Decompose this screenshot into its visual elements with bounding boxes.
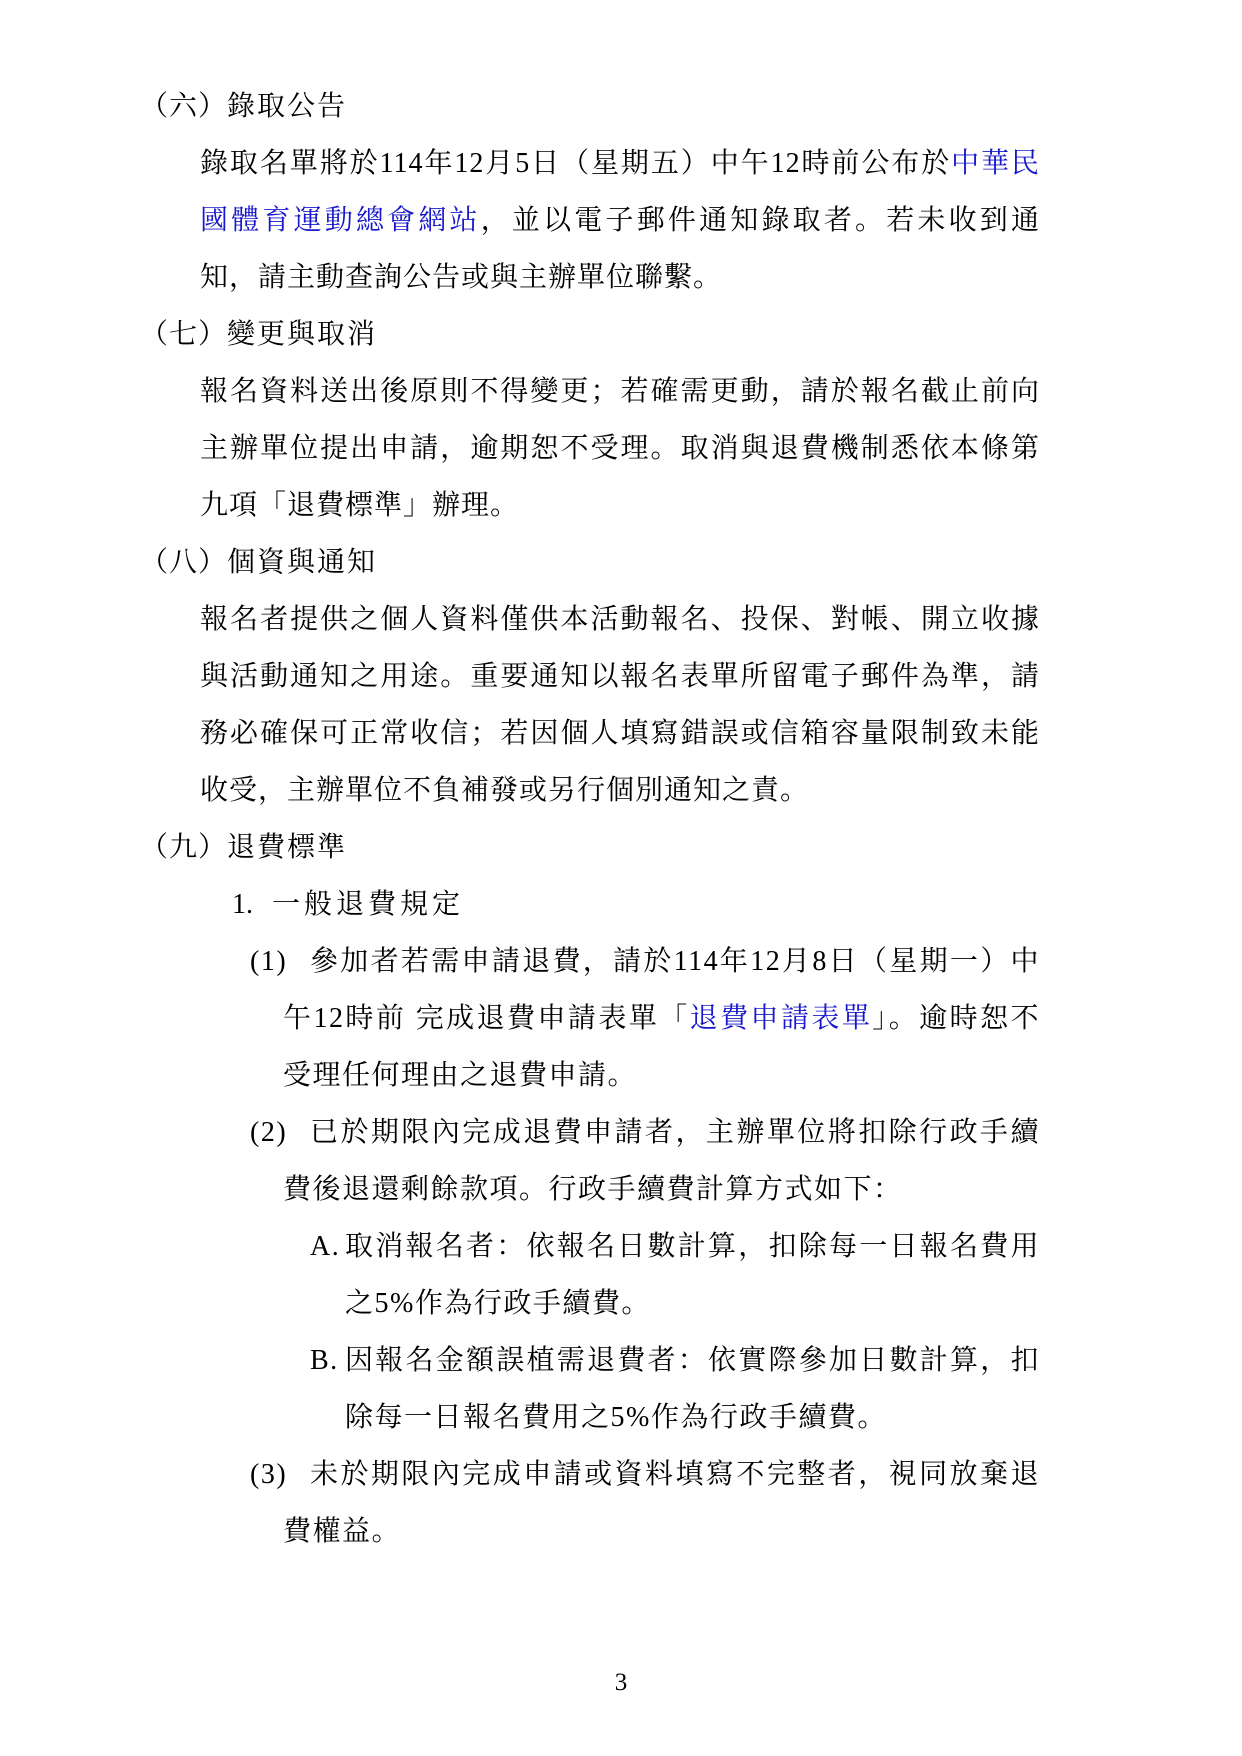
item-text: 因報名金額誤植需退費者：依實際參加日數計算，扣除每一日報名費用之5%作為行政手續… bbox=[345, 1345, 1040, 1433]
item-text: 已於期限內完成退費申請者，主辦單位將扣除行政手續費後退還剩餘款項。行政手續費計算… bbox=[283, 1117, 1040, 1205]
page-number: 3 bbox=[0, 1668, 1242, 1698]
section-label: （八） bbox=[140, 547, 227, 578]
item-marker: A. bbox=[310, 1218, 340, 1275]
section-label: （九） bbox=[140, 832, 227, 863]
section-title: 個資與通知 bbox=[227, 547, 377, 578]
item-text: 取消報名者：依報名日數計算，扣除每一日報名費用之5%作為行政手續費。 bbox=[345, 1231, 1040, 1319]
item-marker: (2) bbox=[250, 1104, 287, 1161]
refund-item-2b: B.因報名金額誤植需退費者：依實際參加日數計算，扣除每一日報名費用之5%作為行政… bbox=[345, 1332, 1040, 1446]
section-admission-announcement: （六）錄取公告 錄取名單將於114年12月5日（星期五）中午12時前公布於中華民… bbox=[140, 78, 1242, 306]
item-marker: B. bbox=[310, 1332, 339, 1389]
link-refund-application-form[interactable]: 退費申請表單 bbox=[690, 1003, 873, 1034]
refund-item-2a: A.取消報名者：依報名日數計算，扣除每一日報名費用之5%作為行政手續費。 bbox=[345, 1218, 1040, 1332]
section-paragraph: 報名者提供之個人資料僅供本活動報名、投保、對帳、開立收據與活動通知之用途。重要通… bbox=[200, 591, 1040, 819]
subsection-general-refund-rules: 1.一般退費規定 bbox=[232, 876, 1242, 933]
refund-item-3: (3)未於期限內完成申請或資料填寫不完整者，視同放棄退費權益。 bbox=[283, 1446, 1040, 1560]
section-label: （七） bbox=[140, 319, 227, 350]
document-body: （六）錄取公告 錄取名單將於114年12月5日（星期五）中午12時前公布於中華民… bbox=[0, 0, 1242, 1560]
section-title: 錄取公告 bbox=[227, 91, 347, 122]
section-title: 變更與取消 bbox=[227, 319, 377, 350]
section-heading: （八）個資與通知 bbox=[140, 534, 1242, 591]
document-page: （六）錄取公告 錄取名單將於114年12月5日（星期五）中午12時前公布於中華民… bbox=[0, 0, 1242, 1756]
subsection-title: 一般退費規定 bbox=[272, 889, 464, 920]
section-heading: （六）錄取公告 bbox=[140, 78, 1242, 135]
section-paragraph: 報名資料送出後原則不得變更；若確需更動，請於報名截止前向主辦單位提出申請，逾期恕… bbox=[200, 363, 1040, 534]
section-heading: （七）變更與取消 bbox=[140, 306, 1242, 363]
section-refund-standards: （九）退費標準 1.一般退費規定 (1)參加者若需申請退費，請於114年12月8… bbox=[140, 819, 1242, 1560]
section-heading: （九）退費標準 bbox=[140, 819, 1242, 876]
refund-item-1: (1)參加者若需申請退費，請於114年12月8日（星期一）中午12時前 完成退費… bbox=[283, 933, 1040, 1104]
section-paragraph: 錄取名單將於114年12月5日（星期五）中午12時前公布於中華民國體育運動總會網… bbox=[200, 135, 1040, 306]
section-personal-data-notice: （八）個資與通知 報名者提供之個人資料僅供本活動報名、投保、對帳、開立收據與活動… bbox=[140, 534, 1242, 819]
section-change-and-cancel: （七）變更與取消 報名資料送出後原則不得變更；若確需更動，請於報名截止前向主辦單… bbox=[140, 306, 1242, 534]
section-label: （六） bbox=[140, 91, 227, 122]
item-text: 未於期限內完成申請或資料填寫不完整者，視同放棄退費權益。 bbox=[283, 1459, 1040, 1547]
item-marker: (3) bbox=[250, 1446, 287, 1503]
subsection-number: 1. bbox=[232, 876, 272, 933]
paragraph-text: 錄取名單將於114年12月5日（星期五）中午12時前公布於 bbox=[200, 148, 951, 179]
section-title: 退費標準 bbox=[227, 832, 347, 863]
item-marker: (1) bbox=[250, 933, 287, 990]
refund-item-2: (2)已於期限內完成退費申請者，主辦單位將扣除行政手續費後退還剩餘款項。行政手續… bbox=[283, 1104, 1040, 1218]
